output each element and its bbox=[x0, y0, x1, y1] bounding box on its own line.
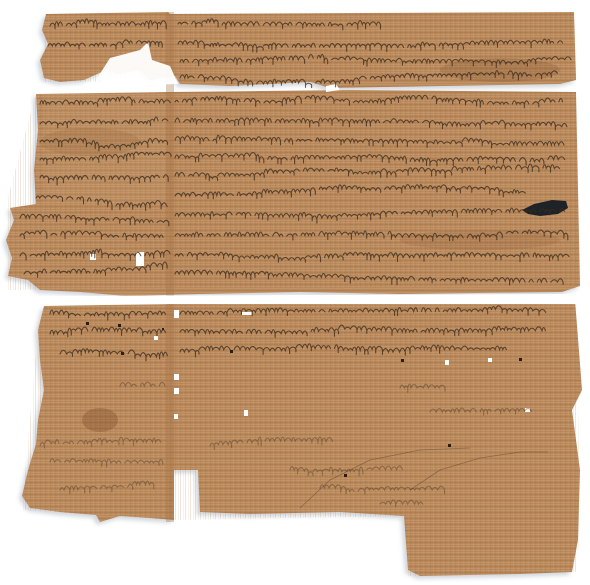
papyrus-photograph bbox=[0, 0, 590, 585]
stain bbox=[40, 128, 140, 156]
stain bbox=[82, 408, 118, 432]
papyrus-canvas bbox=[0, 0, 590, 585]
